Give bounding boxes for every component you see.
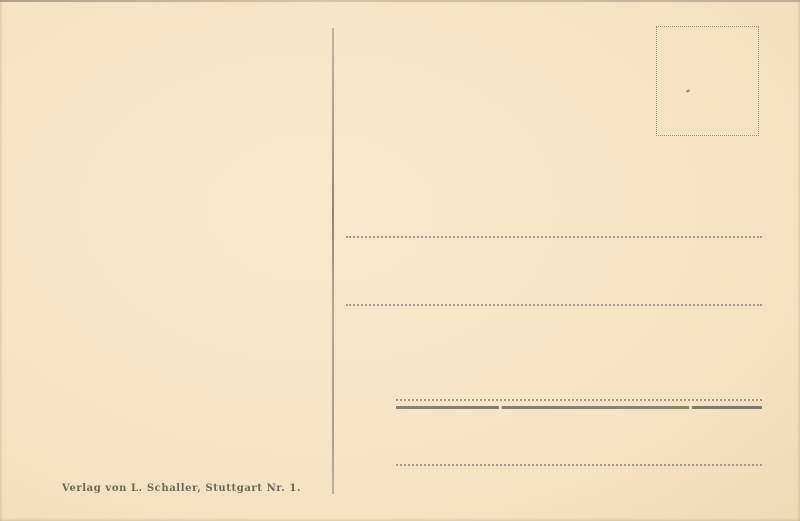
postcard-back: Verlag von L. Schaller, Stuttgart Nr. 1. — [0, 0, 800, 521]
publisher-imprint: Verlag von L. Schaller, Stuttgart Nr. 1. — [62, 483, 301, 494]
stamp-placement-box — [656, 26, 759, 136]
address-line-1 — [346, 236, 762, 238]
address-line-2 — [346, 304, 762, 306]
address-line-3 — [396, 399, 762, 401]
address-line-5 — [396, 464, 762, 466]
card-top-edge — [0, 0, 800, 2]
center-divider-line — [332, 28, 334, 494]
address-line-4-solid — [396, 406, 762, 409]
paper-speck — [686, 89, 690, 93]
